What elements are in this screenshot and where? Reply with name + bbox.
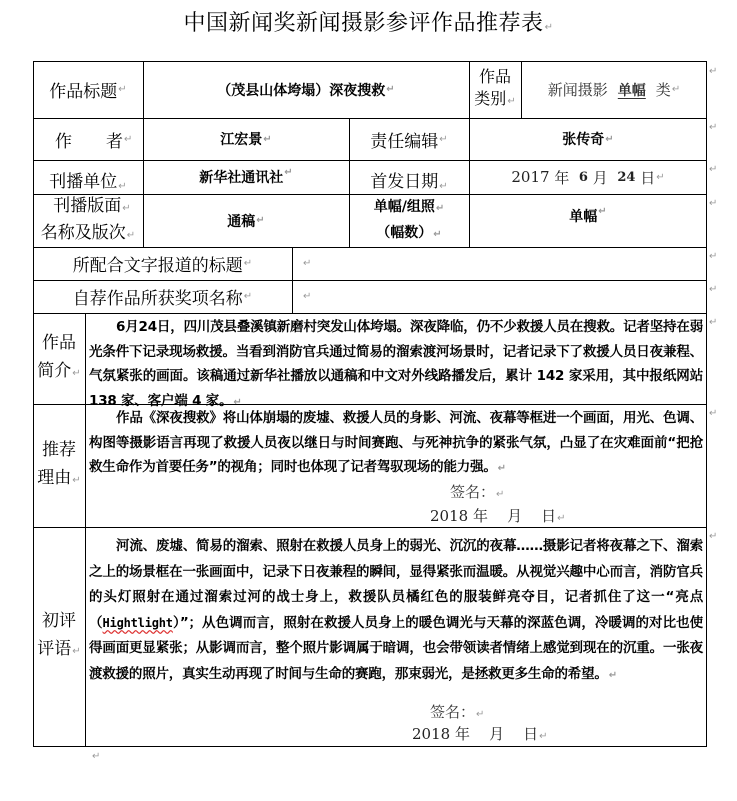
paragraph-mark-icon: ↵	[303, 258, 311, 269]
paragraph-mark-icon: ↵	[672, 84, 680, 95]
row-end-mark-icon: ↵	[709, 531, 717, 542]
row-end-mark-icon: ↵	[709, 198, 717, 209]
paragraph-mark-icon: ↵	[118, 84, 126, 95]
publisher-label: 刊播单位↵	[33, 160, 143, 194]
publisher-value[interactable]: 新华社通讯社↵	[143, 160, 349, 194]
row-end-mark-icon: ↵	[709, 251, 717, 262]
paragraph-mark-icon: ↵	[433, 229, 441, 240]
row-end-mark-icon: ↵	[709, 408, 717, 419]
paragraph-mark-icon: ↵	[303, 291, 311, 302]
photo-count-label: 单幅/组照↵ （幅数）↵	[349, 194, 469, 247]
summary-label: 作品 简介↵	[33, 313, 85, 404]
paragraph-mark-icon: ↵	[72, 475, 80, 486]
text-report-title-label: 所配合文字报道的标题↵	[33, 247, 292, 280]
author-label: 作 者↵	[33, 118, 143, 160]
paragraph-mark-icon: ↵	[386, 84, 394, 95]
paragraph-mark-icon: ↵	[439, 134, 447, 145]
category-label: 作品 类别↵	[469, 61, 521, 118]
paragraph-mark-icon: ↵	[72, 646, 80, 657]
review-text[interactable]: 河流、废墟、简易的溜索、照射在救援人员身上的弱光、沉沉的夜幕……摄影记者将夜幕之…	[89, 534, 703, 688]
recommendation-date[interactable]: 2018 年 月 日↵	[430, 505, 566, 526]
paragraph-mark-icon: ↵	[539, 731, 547, 742]
edition-label: 刊播版面↵ 名称及版次↵	[33, 194, 143, 247]
highlight-word: Hightlight	[103, 616, 173, 630]
awards-label: 自荐作品所获奖项名称↵	[33, 280, 292, 313]
review-label: 初评 评语↵	[33, 527, 85, 746]
editor-value[interactable]: 张传奇↵	[469, 118, 707, 160]
paragraph-mark-icon: ↵	[256, 215, 264, 226]
paragraph-mark-icon: ↵	[118, 181, 126, 192]
recommendation-text[interactable]: 作品《深夜搜救》将山体崩塌的废墟、救援人员的身影、河流、夜幕等框进一个画面，用光…	[89, 406, 703, 482]
paragraph-mark-icon: ↵	[122, 203, 130, 214]
work-title-value[interactable]: （茂县山体垮塌）深夜搜救↵	[143, 61, 469, 118]
category-selected[interactable]: 单幅	[612, 80, 652, 100]
paragraph-mark-icon: ↵	[605, 134, 613, 145]
paragraph-mark-icon: ↵	[545, 22, 554, 33]
row-divider	[33, 313, 707, 314]
review-sign-label: 签名：↵	[430, 701, 484, 722]
text-report-title-value[interactable]: ↵	[292, 247, 707, 280]
paragraph-mark-icon: ↵	[263, 134, 271, 145]
row-end-mark-icon: ↵	[709, 66, 717, 77]
paragraph-mark-icon: ↵	[498, 463, 506, 474]
photo-count-value[interactable]: 单幅↵	[469, 194, 707, 247]
col-divider	[85, 313, 86, 747]
paragraph-mark-icon: ↵	[72, 368, 80, 379]
paragraph-mark-icon: ↵	[656, 172, 664, 183]
review-date[interactable]: 2018 年 月 日↵	[412, 723, 548, 744]
row-end-mark-icon: ↵	[709, 317, 717, 328]
document-title: 中国新闻奖新闻摄影参评作品推荐表↵	[0, 6, 737, 37]
paragraph-mark-icon: ↵	[92, 751, 100, 762]
paragraph-mark-icon: ↵	[598, 206, 606, 217]
row-divider	[33, 527, 707, 528]
paragraph-mark-icon: ↵	[244, 258, 252, 269]
paragraph-mark-icon: ↵	[496, 489, 504, 500]
paragraph-mark-icon: ↵	[507, 96, 515, 107]
recommendation-sign-label: 签名：↵	[450, 481, 504, 502]
paragraph-mark-icon: ↵	[284, 167, 292, 178]
first-date-label: 首发日期↵	[349, 160, 469, 194]
paragraph-mark-icon: ↵	[557, 513, 565, 524]
awards-value[interactable]: ↵	[292, 280, 707, 313]
paragraph-mark-icon: ↵	[127, 230, 135, 241]
paragraph-mark-icon: ↵	[439, 181, 447, 192]
editor-label: 责任编辑↵	[349, 118, 469, 160]
author-value[interactable]: 江宏景↵	[143, 118, 349, 160]
category-value[interactable]: 新闻摄影 单幅 类↵	[521, 61, 707, 118]
row-end-mark-icon: ↵	[709, 164, 717, 175]
paragraph-mark-icon: ↵	[476, 709, 484, 720]
work-title-label: 作品标题↵	[33, 61, 143, 118]
row-end-mark-icon: ↵	[709, 284, 717, 295]
paragraph-mark-icon: ↵	[124, 134, 132, 145]
paragraph-mark-icon: ↵	[436, 203, 444, 214]
summary-text[interactable]: 6月24日，四川茂县叠溪镇新磨村突发山体垮塌。深夜降临，仍不少救援人员在搜救。记…	[89, 315, 703, 415]
row-end-mark-icon: ↵	[709, 122, 717, 133]
paragraph-mark-icon: ↵	[244, 291, 252, 302]
edition-value[interactable]: 通稿↵	[143, 194, 349, 247]
first-date-value[interactable]: 2017 年 6 月 24 日↵	[469, 160, 707, 194]
paragraph-mark-icon: ↵	[609, 670, 617, 681]
recommendation-label: 推荐 理由↵	[33, 404, 85, 527]
